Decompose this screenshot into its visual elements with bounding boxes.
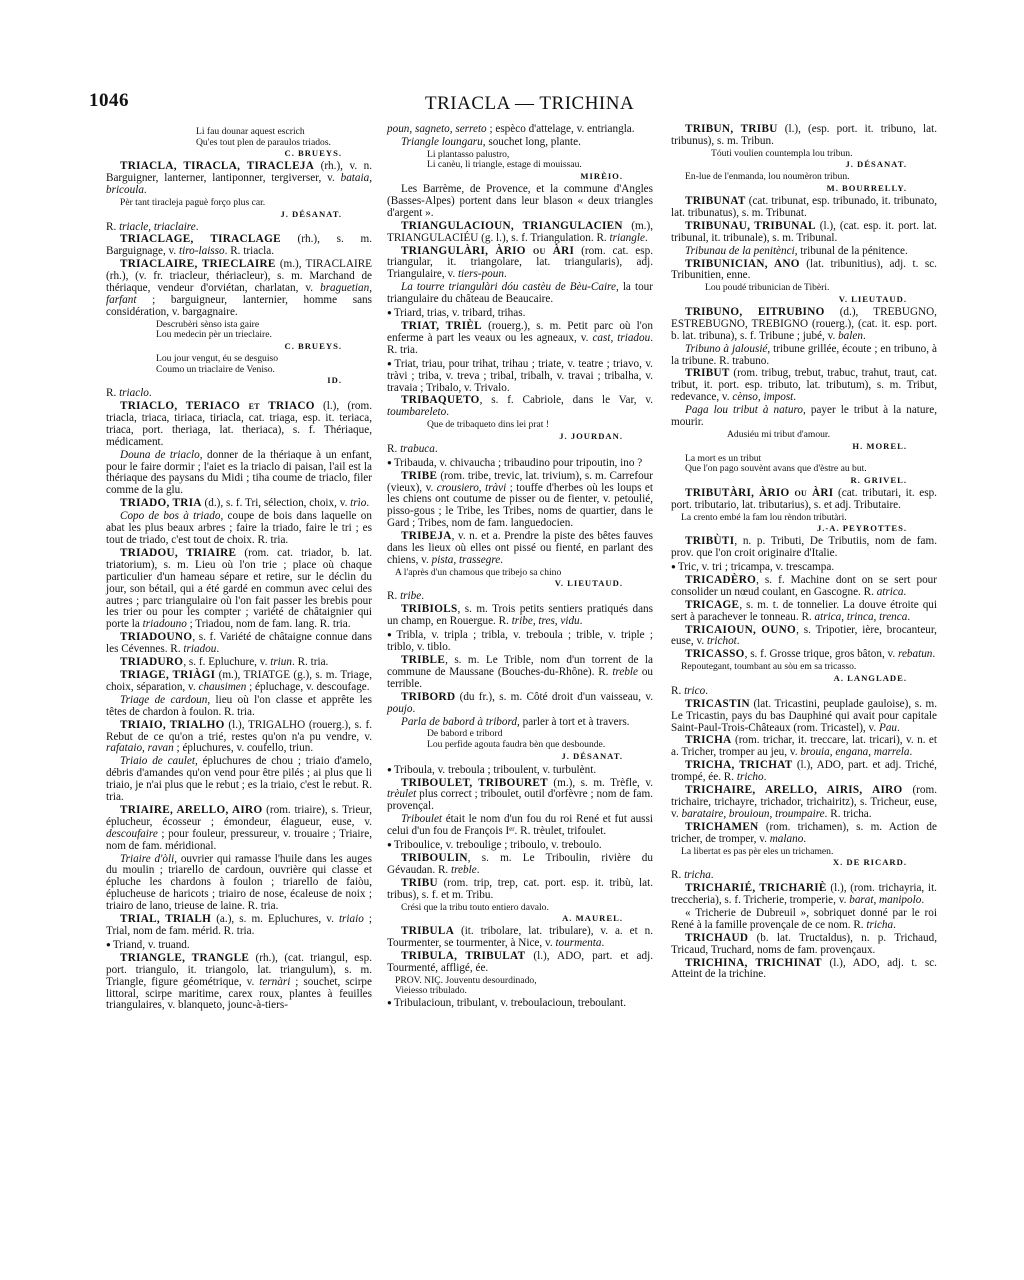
italic-term: treble bbox=[451, 864, 477, 876]
column-right: TRIBUN, TRIBU (l.), (esp. port. it. trib… bbox=[671, 124, 937, 982]
italic-term: poun, sagneto, serreto bbox=[387, 123, 487, 135]
cross-reference: Triat, triau, pour trihat, trihau ; tria… bbox=[387, 358, 653, 395]
italic-term: tricha bbox=[684, 869, 711, 881]
italic-term: tricho bbox=[737, 771, 764, 783]
quote-author: J. DÉSANAT. bbox=[387, 751, 653, 761]
dictionary-entry: Douna de triaclo, donner de la thériaque… bbox=[106, 450, 372, 498]
headword: TRIACLA, TIRACLA, TIRACLEJA bbox=[120, 160, 314, 172]
italic-term: pista, trassegre bbox=[432, 554, 501, 566]
dictionary-entry: TRIAL, TRIALH (a.), s. m. Epluchures, v.… bbox=[106, 914, 372, 938]
verse-quote: Pèr tant tiracleja paguè forço plus car. bbox=[106, 198, 372, 209]
italic-term: Paga lou tribut à naturo bbox=[685, 404, 803, 416]
definition-tail: . bbox=[421, 590, 424, 602]
dictionary-entry: poun, sagneto, serreto ; espèco d'attela… bbox=[387, 124, 653, 136]
dictionary-entry: TRICAIOUN, OUNO, s. Tripotier, ière, bro… bbox=[671, 625, 937, 649]
headword: TRICHA, TRICHAT bbox=[685, 759, 793, 771]
definition-text: R. bbox=[671, 685, 684, 697]
definition-tail: . bbox=[412, 703, 415, 715]
definition-text: « Tricherie de Dubreuil », sobriquet don… bbox=[671, 907, 937, 931]
italic-term: triun bbox=[270, 656, 292, 668]
verse-line: La libertat es pas pèr eles un trichamen… bbox=[681, 847, 937, 858]
dictionary-entry: Triboulet était le nom d'un fou du roi R… bbox=[387, 814, 653, 838]
definition-tail: . bbox=[803, 833, 806, 845]
cross-reference-text: Tribulacioun, tribulant, v. treboulaciou… bbox=[394, 997, 626, 1009]
headword: TRIBUNO, EITRUBINO bbox=[685, 306, 825, 318]
italic-term: crousiero, tràvi bbox=[437, 482, 506, 494]
headword: TRICHAIRE, ARELLO, AIRIS, AIRO bbox=[685, 784, 903, 796]
dictionary-entry: R. trico. bbox=[671, 686, 937, 698]
dictionary-entry: R. tricha. bbox=[671, 870, 937, 882]
headword: TRIBUNICIAN, ANO bbox=[685, 258, 800, 270]
definition-text: (m.), s. m. Trèfle, v. bbox=[548, 777, 653, 789]
italic-term: tiers-poun bbox=[458, 268, 504, 280]
quote-author: ID. bbox=[106, 375, 372, 385]
cross-reference: Triboulice, v. treboulige ; triboulo, v.… bbox=[387, 839, 653, 852]
definition-tail: . bbox=[737, 635, 740, 647]
quote-author: J.-A. PEYROTTES. bbox=[671, 523, 937, 533]
dictionary-entry: TRIBULA, TRIBULAT (l.), ADO, part. et ad… bbox=[387, 951, 653, 975]
dictionary-entry: TRIACLA, TIRACLA, TIRACLEJA (rh.), v. n.… bbox=[106, 161, 372, 197]
dictionary-entry: TRIBULA (it. tribolare, lat. tribulare),… bbox=[387, 926, 653, 950]
dictionary-entry: TRIBOULET, TRIBOURET (m.), s. m. Trèfle,… bbox=[387, 778, 653, 814]
headword: TRICAIOUN, OUNO bbox=[685, 624, 796, 636]
verse-quote: Crési que la tribu touto entiero davalo. bbox=[387, 903, 653, 914]
cross-reference: Triboula, v. treboula ; triboulent, v. t… bbox=[387, 764, 653, 777]
dictionary-entry: Triangle loungaru, souchet long, plante. bbox=[387, 137, 653, 149]
dictionary-entry: TRICASTIN (lat. Tricastini, peuplade gau… bbox=[671, 699, 937, 735]
dictionary-entry: Paga lou tribut à naturo, payer le tribu… bbox=[671, 405, 937, 429]
definition-text: R. bbox=[106, 221, 119, 233]
verse-line: En-lue de l'enmanda, lou noumèron tribun… bbox=[685, 172, 937, 183]
headword: TRIBULA bbox=[401, 925, 454, 937]
italic-term: barat, manipolo bbox=[849, 894, 921, 906]
dictionary-entry: TRIANGULACIOUN, TRIANGULACIEN (m.), TRIA… bbox=[387, 221, 653, 245]
dictionary-entry: TRIACLO, TERIACO et TRIACO (l.), (rom. t… bbox=[106, 401, 372, 449]
italic-term: trichot bbox=[707, 635, 737, 647]
verse-line: A l'après d'un chamous que tribejo sa ch… bbox=[395, 568, 653, 579]
definition-tail: . bbox=[477, 864, 480, 876]
italic-term: trèulet bbox=[387, 788, 416, 800]
quote-author: H. MOREL. bbox=[671, 441, 937, 451]
cross-reference-text: Triard, trias, v. tribard, trihas. bbox=[394, 307, 526, 319]
cross-reference: Tribauda, v. chivaucha ; tribaudino pour… bbox=[387, 457, 653, 470]
headword: TRIBUTÀRI, ÀRIO ou ÀRI bbox=[685, 487, 833, 499]
quote-author: V. LIEUTAUD. bbox=[671, 294, 937, 304]
cross-reference-text: Triboula, v. treboula ; triboulent, v. t… bbox=[394, 764, 596, 776]
headword: TRIANGULACIOUN, TRIANGULACIEN bbox=[401, 220, 623, 232]
dictionary-entry: TRIBORD (du fr.), s. m. Côté droit d'un … bbox=[387, 692, 653, 716]
definition-tail: plus correct ; triboulet, outil d'orfèvr… bbox=[387, 788, 653, 812]
headword: TRIBUT bbox=[685, 367, 730, 379]
italic-term: barataire, brouioun, troumpaire bbox=[681, 808, 824, 820]
verse-quote: Tóuti voulien countempla lou tribun. bbox=[671, 149, 937, 160]
verse-line: Li canèu, li triangle, estage di mouissa… bbox=[427, 160, 653, 171]
italic-term: cènso, impost bbox=[732, 391, 793, 403]
headword: TRICASSO bbox=[685, 648, 745, 660]
headword: TRIBUNAT bbox=[685, 195, 746, 207]
dictionary-entry: TRIBUNO, EITRUBINO (d.), TREBUGNO, ESTRE… bbox=[671, 307, 937, 343]
headword: TRIADOUNO bbox=[120, 631, 192, 643]
headword: TRICHA bbox=[685, 734, 732, 746]
verse-quote: La libertat es pas pèr eles un trichamen… bbox=[671, 847, 937, 858]
dictionary-entry: TRIBU (rom. trip, trep, cat. port. esp. … bbox=[387, 878, 653, 902]
headword: TRICHAUD bbox=[685, 932, 748, 944]
italic-term: malano bbox=[770, 833, 804, 845]
dictionary-entry: TRICASSO, s. f. Grosse trique, gros bâto… bbox=[671, 649, 937, 661]
italic-term: brouia, engana, marrela bbox=[800, 746, 909, 758]
italic-term: Tribunau de la penitènci bbox=[685, 245, 795, 257]
headword: TRIADOU, TRIAIRE bbox=[120, 547, 236, 559]
dictionary-entry: R. trabuca. bbox=[387, 444, 653, 456]
headword: TRICADÈRO bbox=[685, 574, 756, 586]
dictionary-entry: Triage de cardoun, lieu où l'on classe e… bbox=[106, 695, 372, 719]
italic-term: atrica bbox=[877, 586, 904, 598]
quote-author: A. LANGLADE. bbox=[671, 673, 937, 683]
definition-tail: ; Triadou, nom de fam. lang. R. tria. bbox=[187, 618, 351, 630]
headword: TRICASTIN bbox=[685, 698, 750, 710]
italic-term: Triage de cardoun bbox=[120, 694, 207, 706]
dictionary-entry: TRICADÈRO, s. f. Machine dont on se sert… bbox=[671, 575, 937, 599]
headword: TRIANGULÀRI, ÀRIO ou ÀRI bbox=[401, 245, 574, 257]
verse-line: Adusiéu mi tribut d'amour. bbox=[727, 430, 937, 441]
italic-term: tourmenta bbox=[555, 937, 601, 949]
definition-text: , s. f. Epluchure, v. bbox=[183, 656, 270, 668]
italic-term: tiro-laisso bbox=[179, 245, 225, 257]
dictionary-entry: TRIAIRE, ARELLO, AIRO (rom. triaire), s.… bbox=[106, 805, 372, 853]
definition-tail: . bbox=[504, 268, 507, 280]
definition-tail: . bbox=[645, 232, 648, 244]
verse-quote: Descrubèri sènso ista gaireLou medecin p… bbox=[106, 320, 372, 341]
verse-line: Lou poudé tribunician de Tibèri. bbox=[705, 283, 937, 294]
definition-tail: . bbox=[366, 497, 369, 509]
italic-term: atrica, trinca, trenca bbox=[815, 611, 908, 623]
definition-tail: . bbox=[897, 722, 900, 734]
headword: TRIBULA, TRIBULAT bbox=[401, 950, 525, 962]
cross-reference-text: Tric, v. tri ; tricampa, v. trescampa. bbox=[678, 561, 834, 573]
verse-line: Que l'on pago souvènt avans que d'èstre … bbox=[685, 464, 937, 475]
dictionary-entry: Tribuno à jalousié, tribune grillée, éco… bbox=[671, 344, 937, 368]
dictionary-entry: Parla de babord à tribord, parler à tort… bbox=[387, 717, 653, 729]
definition-tail: ; espèco d'attelage, v. entriangla. bbox=[487, 123, 635, 135]
dictionary-entry: TRIBUNICIAN, ANO (lat. tribunitius), adj… bbox=[671, 259, 937, 283]
dictionary-entry: TRIBUN, TRIBU (l.), (esp. port. it. trib… bbox=[671, 124, 937, 148]
column-middle: poun, sagneto, serreto ; espèco d'attela… bbox=[387, 124, 653, 1011]
quote-author: X. DE RICARD. bbox=[671, 857, 937, 867]
definition-text: R. bbox=[106, 387, 119, 399]
italic-term: Pau bbox=[879, 722, 897, 734]
cross-reference-text: Triand, v. truand. bbox=[113, 939, 190, 951]
dictionary-entry: TRIBEJA, v. n. et a. Prendre la piste de… bbox=[387, 531, 653, 567]
definition-text: R. bbox=[387, 443, 400, 455]
cross-reference-text: Tribla, v. tripla ; tribla, v. treboula … bbox=[387, 629, 653, 653]
dictionary-entry: TRIAIO, TRIALHO (l.), TRIGALHO (rouerg.)… bbox=[106, 720, 372, 756]
italic-term: Triboulet bbox=[401, 813, 442, 825]
verse-line: Coumo un triaclaire de Veniso. bbox=[156, 365, 372, 376]
dictionary-entry: TRIBAQUETO, s. f. Cabriole, dans le Var,… bbox=[387, 395, 653, 419]
italic-term: ternàri bbox=[259, 976, 290, 988]
definition-text: R. bbox=[387, 590, 400, 602]
italic-term: Triaire d'òli bbox=[120, 853, 174, 865]
verse-quote: Que de tribaqueto dins lei prat ! bbox=[387, 420, 653, 431]
headword: TRIACLAIRE, TRIECLAIRE bbox=[120, 258, 276, 270]
definition-tail: . bbox=[921, 894, 924, 906]
dictionary-entry: Triaire d'òli, ouvrier qui ramasse l'hui… bbox=[106, 854, 372, 914]
dictionary-entry: La tourre triangulàri dóu castèu de Bèu-… bbox=[387, 282, 653, 306]
italic-term: triangle bbox=[610, 232, 645, 244]
quote-author: MIRÈIO. bbox=[387, 171, 653, 181]
dictionary-entry: TRIBIOLS, s. m. Trois petits sentiers pr… bbox=[387, 604, 653, 628]
definition-tail: . bbox=[216, 643, 219, 655]
definition-tail: , souchet long, plante. bbox=[483, 136, 581, 148]
italic-term: chausimen bbox=[198, 681, 246, 693]
dictionary-entry: TRIADO, TRIA (d.), s. f. Tri, sélection,… bbox=[106, 498, 372, 510]
dictionary-entry: TRICHAIRE, ARELLO, AIRIS, AIRO (rom. tri… bbox=[671, 785, 937, 821]
headword: TRIACLO, TERIACO et TRIACO bbox=[120, 400, 315, 412]
verse-quote: Lou jour vengut, éu se desguisoCoumo un … bbox=[106, 354, 372, 375]
quote-author: J. JOURDAN. bbox=[387, 431, 653, 441]
definition-tail: . bbox=[863, 330, 866, 342]
headword: TRIADURO bbox=[120, 656, 183, 668]
dictionary-entry: TRICHAUD (b. lat. Tructaldus), n. p. Tri… bbox=[671, 933, 937, 957]
definition-tail: . bbox=[149, 387, 152, 399]
quote-author: C. BRUEYS. bbox=[106, 341, 372, 351]
italic-term: Douna de triaclo bbox=[120, 449, 200, 461]
verse-line: Lou perfide agouta faudra bèn que desbou… bbox=[427, 740, 653, 751]
dictionary-entry: TRIAGE, TRIÀGI (m.), TRIATGE (g.), s. m.… bbox=[106, 670, 372, 694]
definition-text: , s. f. Grosse trique, gros bâton, v. bbox=[745, 648, 898, 660]
italic-term: trabuca bbox=[400, 443, 435, 455]
headword: TRIAT, TRIÈL bbox=[401, 320, 482, 332]
column-left: Li fau dounar aquest escrichQu'es tout p… bbox=[106, 126, 372, 1013]
verse-line: Repoutegant, toumbant au sòu em sa trica… bbox=[681, 662, 937, 673]
definition-tail: ; épluchures, v. coufello, triun. bbox=[174, 742, 313, 754]
italic-term: Triaio de caulet bbox=[120, 755, 195, 767]
verse-line: Lou jour vengut, éu se desguiso bbox=[156, 354, 372, 365]
definition-tail: . bbox=[500, 554, 503, 566]
italic-term: rafataio, ravan bbox=[106, 742, 174, 754]
quote-author: J. DÉSANAT. bbox=[106, 209, 372, 219]
definition-tail: . bbox=[580, 615, 583, 627]
italic-term: Parla de babord à tribord bbox=[401, 716, 517, 728]
quote-author: A. MAUREL. bbox=[387, 913, 653, 923]
verse-quote: La crento embé la fam lou rèndon tributà… bbox=[671, 513, 937, 524]
italic-term: balen bbox=[838, 330, 863, 342]
dictionary-entry: R. triaclo. bbox=[106, 388, 372, 400]
cross-reference: Triand, v. truand. bbox=[106, 939, 372, 952]
dictionary-entry: TRICAGE, s. m. t. de tonnelier. La douve… bbox=[671, 600, 937, 624]
headword: TRIAIRE, ARELLO, AIRO bbox=[120, 804, 262, 816]
verse-line: Li fau dounar aquest escrich bbox=[196, 127, 372, 138]
dictionary-entry: TRIBUT (rom. tribug, trebut, trabuc, tra… bbox=[671, 368, 937, 404]
headword: TRIAIO, TRIALHO bbox=[120, 719, 225, 731]
dictionary-entry: R. tribe. bbox=[387, 591, 653, 603]
verse-line: Tóuti voulien countempla lou tribun. bbox=[711, 149, 937, 160]
italic-term: triaclo bbox=[119, 387, 149, 399]
dictionary-entry: Tribunau de la penitènci, tribunal de la… bbox=[671, 246, 937, 258]
verse-line: La crento embé la fam lou rèndon tributà… bbox=[681, 513, 937, 524]
italic-term: trìo bbox=[350, 497, 366, 509]
italic-term: cast, triadou bbox=[592, 332, 650, 344]
headword: TRICHAMEN bbox=[685, 821, 759, 833]
definition-tail: , parler à tort et à travers. bbox=[517, 716, 629, 728]
italic-term: tribe bbox=[400, 590, 421, 602]
verse-line: Qu'es tout plen de paraulos triados. bbox=[196, 138, 372, 149]
definition-text: Les Barrème, de Provence, et la commune … bbox=[387, 183, 653, 219]
verse-line: Lou medecin pèr un trieclaire. bbox=[156, 330, 372, 341]
dictionary-entry: TRIANGULÀRI, ÀRIO ou ÀRI (rom. cat. esp.… bbox=[387, 246, 653, 282]
definition-tail: . bbox=[435, 443, 438, 455]
quote-author: V. LIEUTAUD. bbox=[387, 578, 653, 588]
definition-tail: . bbox=[144, 184, 147, 196]
definition-tail: . bbox=[705, 685, 708, 697]
definition-tail: . bbox=[446, 406, 449, 418]
dictionary-entry: TRIANGLE, TRANGLE (rh.), (cat. triangul,… bbox=[106, 953, 372, 1013]
verse-quote: Li fau dounar aquest escrichQu'es tout p… bbox=[106, 127, 372, 148]
headword: TRIBE bbox=[401, 470, 437, 482]
headword: TRIBU bbox=[401, 877, 438, 889]
definition-tail: . bbox=[910, 746, 913, 758]
cross-reference: Tribla, v. tripla ; tribla, v. treboula … bbox=[387, 629, 653, 654]
definition-tail: . bbox=[793, 391, 796, 403]
dictionary-entry: TRIBUTÀRI, ÀRIO ou ÀRI (cat. tributari, … bbox=[671, 488, 937, 512]
quote-author: M. BOURRELLY. bbox=[671, 183, 937, 193]
dictionary-entry: TRICHA (rom. trichar, it. treccare, lat.… bbox=[671, 735, 937, 759]
dictionary-entry: Copo de bos à triado, coupe de bois dans… bbox=[106, 511, 372, 547]
headword: TRIBIOLS bbox=[401, 603, 458, 615]
dictionary-entry: R. triacle, triaclaire. bbox=[106, 222, 372, 234]
headword: TRIBEJA bbox=[401, 530, 452, 542]
italic-term: Triangle loungaru bbox=[401, 136, 483, 148]
italic-term: poujo bbox=[387, 703, 412, 715]
headword: TRIACLAGE, TIRACLAGE bbox=[120, 233, 281, 245]
headword: TRICHINA, TRICHINAT bbox=[685, 957, 822, 969]
dictionary-entry: TRIADURO, s. f. Epluchure, v. triun. R. … bbox=[106, 657, 372, 669]
verse-quote: Li plantasso palustro,Li canèu, li trian… bbox=[387, 150, 653, 171]
dictionary-entry: TRIBUNAU, TRIBUNAL (l.), (cat. esp. it. … bbox=[671, 221, 937, 245]
dictionary-entry: TRIBLE, s. m. Le Trible, nom d'un torren… bbox=[387, 655, 653, 691]
italic-term: triadou bbox=[183, 643, 216, 655]
dictionary-entry: TRIBE (rom. tribe, trevic, lat. trivium)… bbox=[387, 471, 653, 531]
verse-line: Vieiesso tribulado. bbox=[395, 986, 653, 997]
definition-text: (d.), s. f. Tri, sélection, choix, v. bbox=[202, 497, 350, 509]
verse-quote: Adusiéu mi tribut d'amour. bbox=[671, 430, 937, 441]
italic-term: trico bbox=[684, 685, 705, 697]
definition-tail: . R. triacla. bbox=[225, 245, 274, 257]
verse-quote: Repoutegant, toumbant au sòu em sa trica… bbox=[671, 662, 937, 673]
dictionary-entry: « Tricherie de Dubreuil », sobriquet don… bbox=[671, 908, 937, 932]
headword: TRICAGE bbox=[685, 599, 739, 611]
dictionary-entry: TRICHA, TRICHAT (l.), ADO, part. et adj.… bbox=[671, 760, 937, 784]
dictionary-entry: TRICHARIÉ, TRICHARIÈ (l.), (rom. trichay… bbox=[671, 883, 937, 907]
cross-reference: Triard, trias, v. tribard, trihas. bbox=[387, 307, 653, 320]
italic-term: triaio bbox=[339, 913, 364, 925]
definition-text: , s. f. Cabriole, dans le Var, v. bbox=[480, 394, 653, 406]
cross-reference-text: Triat, triau, pour trihat, trihau ; tria… bbox=[387, 358, 653, 394]
definition-tail: ; barguigneur, lanternier, homme sans co… bbox=[106, 294, 372, 318]
definition-tail: . bbox=[196, 221, 199, 233]
verse-quote: A l'après d'un chamous que tribejo sa ch… bbox=[387, 568, 653, 579]
italic-term: rebatun bbox=[898, 648, 932, 660]
definition-tail: . bbox=[903, 586, 906, 598]
headword: TRIBUNAU, TRIBUNAL bbox=[685, 220, 816, 232]
dictionary-entry: TRICHAMEN (rom. trichamen), s. m. Action… bbox=[671, 822, 937, 846]
quote-author: C. BRUEYS. bbox=[106, 148, 372, 158]
headword: TRICHARIÉ, TRICHARIÈ bbox=[685, 882, 827, 894]
verse-quote: PROV. NIÇ. Jouventu desourdinado,Vieiess… bbox=[387, 976, 653, 997]
italic-term: La tourre triangulàri dóu castèu de Bèu-… bbox=[401, 281, 616, 293]
definition-text: (a.), s. m. Epluchures, v. bbox=[211, 913, 339, 925]
verse-line: Pèr tant tiracleja paguè forço plus car. bbox=[120, 198, 372, 209]
italic-term: toumbareleto bbox=[387, 406, 446, 418]
definition-tail: ; épluchage, v. descoufage. bbox=[246, 681, 369, 693]
quote-author: J. DÉSANAT. bbox=[671, 159, 937, 169]
dictionary-entry: TRIADOU, TRIAIRE (rom. cat. triador, b. … bbox=[106, 548, 372, 631]
italic-term: treble bbox=[612, 666, 638, 678]
definition-text: R. bbox=[671, 869, 684, 881]
dictionary-entry: TRIADOUNO, s. f. Variété de châtaigne co… bbox=[106, 632, 372, 656]
definition-tail: . R. tria. bbox=[292, 656, 328, 668]
dictionary-entry: Triaio de caulet, épluchures de chou ; t… bbox=[106, 756, 372, 804]
headword: TRIAL, TRIALH bbox=[120, 913, 211, 925]
italic-term: triadouno bbox=[143, 618, 187, 630]
verse-quote: La mort es un tributQue l'on pago souvèn… bbox=[671, 454, 937, 475]
italic-term: tricha bbox=[866, 919, 893, 931]
verse-line: Que de tribaqueto dins lei prat ! bbox=[427, 420, 653, 431]
headword: TRIBUN, TRIBU bbox=[685, 123, 778, 135]
dictionary-entry: TRIACLAGE, TIRACLAGE (rh.), s. m. Bargui… bbox=[106, 234, 372, 258]
italic-term: Tribuno à jalousié bbox=[685, 343, 767, 355]
dictionary-entry: TRIBUNAT (cat. tribunat, esp. tribunado,… bbox=[671, 196, 937, 220]
definition-tail: . bbox=[893, 919, 896, 931]
cross-reference: Tribulacioun, tribulant, v. treboulaciou… bbox=[387, 997, 653, 1010]
dictionary-entry: TRIBÙTI, n. p. Tributi, De Tributiis, no… bbox=[671, 536, 937, 560]
page-number: 1046 bbox=[89, 90, 129, 112]
dictionary-entry: Les Barrème, de Provence, et la commune … bbox=[387, 184, 653, 220]
italic-term: Copo de bos à triado bbox=[120, 510, 220, 522]
dictionary-entry: TRIAT, TRIÈL (rouerg.), s. m. Petit parc… bbox=[387, 321, 653, 357]
verse-quote: En-lue de l'enmanda, lou noumèron tribun… bbox=[671, 172, 937, 183]
dictionary-entry: TRIACLAIRE, TRIECLAIRE (m.), TIRACLAIRE … bbox=[106, 259, 372, 319]
definition-tail: . bbox=[907, 611, 910, 623]
verse-quote: Lou poudé tribunician de Tibèri. bbox=[671, 283, 937, 294]
definition-tail: , tribunal de la pénitence. bbox=[795, 245, 908, 257]
italic-term: descoufaire bbox=[106, 828, 158, 840]
verse-quote: De babord e tribordLou perfide agouta fa… bbox=[387, 729, 653, 750]
definition-tail: . bbox=[932, 648, 935, 660]
italic-term: triacle, triaclaire bbox=[119, 221, 196, 233]
definition-tail: . bbox=[711, 869, 714, 881]
headword: TRIBOULET, TRIBOURET bbox=[401, 777, 548, 789]
cross-reference-text: Tribauda, v. chivaucha ; tribaudino pour… bbox=[394, 457, 642, 469]
definition-tail: . bbox=[601, 937, 604, 949]
headword: TRIBLE bbox=[401, 654, 445, 666]
quote-author: R. GRIVEL. bbox=[671, 475, 937, 485]
cross-reference-text: Triboulice, v. treboulige ; triboulo, v.… bbox=[394, 839, 602, 851]
definition-tail: . bbox=[764, 771, 767, 783]
dictionary-entry: TRIBOULIN, s. m. Le Triboulin, rivière d… bbox=[387, 853, 653, 877]
headword: TRIBOULIN bbox=[401, 852, 468, 864]
dictionary-entry: TRICHINA, TRICHINAT (l.), ADO, adj. t. s… bbox=[671, 958, 937, 982]
headword: TRIBAQUETO bbox=[401, 394, 480, 406]
definition-tail: . R. tricha. bbox=[825, 808, 872, 820]
headword: TRIANGLE, TRANGLE bbox=[120, 952, 249, 964]
italic-term: tribe, tres, vidu bbox=[512, 615, 580, 627]
headword: TRIBORD bbox=[401, 691, 455, 703]
verse-line: Crési que la tribu touto entiero davalo. bbox=[401, 903, 653, 914]
definition-text: (du fr.), s. m. Côté droit d'un vaisseau… bbox=[455, 691, 653, 703]
headword: TRIAGE, TRIÀGI bbox=[120, 669, 215, 681]
headword: TRIBÙTI bbox=[685, 535, 734, 547]
